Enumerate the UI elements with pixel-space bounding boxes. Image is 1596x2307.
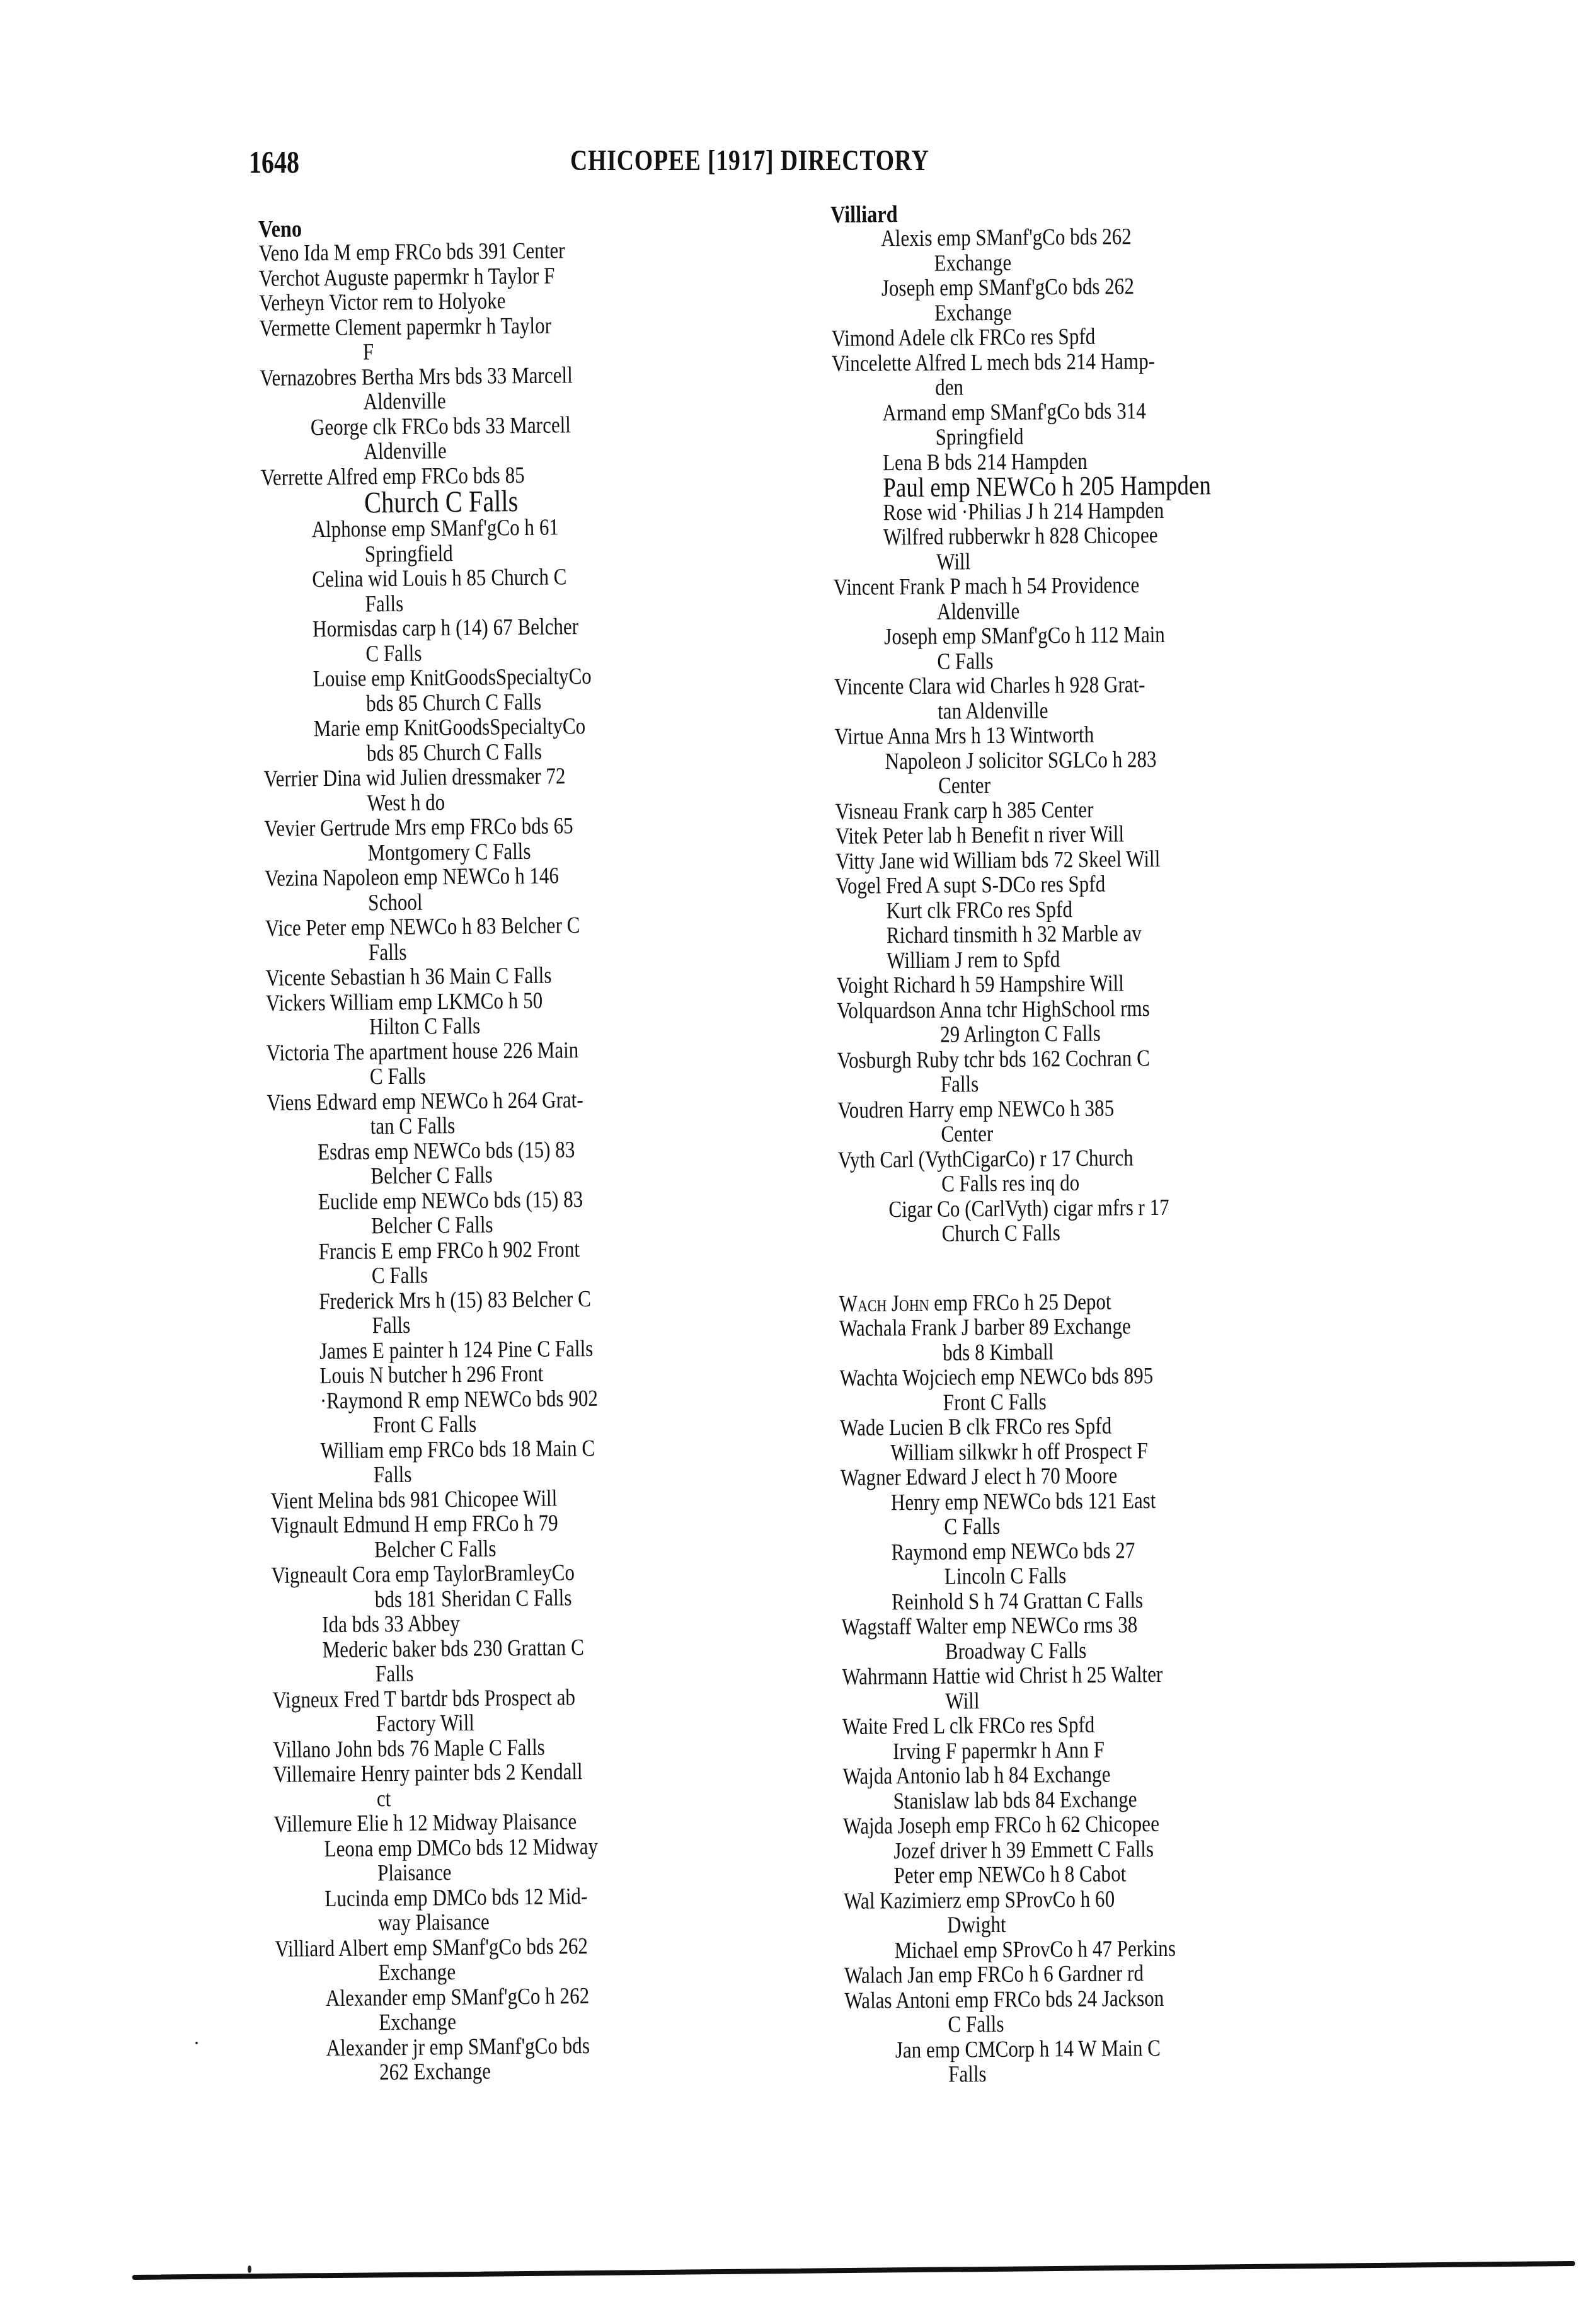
entry-continuation: Broadway C Falls <box>842 1636 1318 1664</box>
directory-entry: Volquardson Anna tchr HighSchool rms <box>837 995 1313 1023</box>
entry-continuation: Springfield <box>832 422 1309 451</box>
entry-continuation: den <box>832 372 1308 401</box>
entry-continuation: Front C Falls <box>840 1388 1316 1416</box>
entry-continuation: Center <box>837 1119 1314 1148</box>
right-column: Villiard Alexis emp SManf'gCo bds 262Exc… <box>830 198 1412 2088</box>
directory-entry: Voight Richard h 59 Hampshire Will <box>837 970 1313 998</box>
entry-continuation: Center <box>835 771 1311 799</box>
directory-sub-entry: Stanislaw lab bds 84 Exchange <box>843 1785 1319 1814</box>
directory-sub-entry: Wilfred rubberwkr h 828 Chicopee <box>833 522 1309 550</box>
directory-sub-entry: Cigar Co (CarlVyth) cigar mfrs r 17 <box>838 1194 1314 1223</box>
entry-continuation: Exchange <box>831 298 1307 326</box>
directory-entry: Wajda Antonio lab h 84 Exchange <box>842 1761 1319 1789</box>
directory-sub-entry: Joseph emp SManf'gCo bds 262 <box>831 273 1307 301</box>
directory-sub-entry: Napoleon J solicitor SGLCo h 283 <box>835 746 1311 774</box>
entry-continuation: Dwight <box>844 1910 1320 1938</box>
entry-name: Wach John <box>839 1290 929 1316</box>
ink-speck <box>248 2265 251 2273</box>
directory-entry: Vyth Carl (VythCigarCo) r 17 Church <box>838 1144 1314 1173</box>
section-gap <box>839 1243 1406 1291</box>
left-column: Veno Veno Ida M emp FRCo bds 391 CenterV… <box>258 212 843 2086</box>
page-number: 1648 <box>249 144 299 180</box>
directory-sub-entry: Alexis emp SManf'gCo bds 262 <box>830 223 1307 251</box>
entry-continuation: Will <box>833 547 1309 575</box>
directory-sub-entry: Reinhold S h 74 Grattan C Falls <box>841 1586 1318 1614</box>
entry-list: Veno Ida M emp FRCo bds 391 CenterVercho… <box>258 236 843 2086</box>
entry-details: emp FRCo h 25 Depot <box>929 1289 1111 1316</box>
entry-continuation: C Falls <box>834 647 1311 675</box>
directory-entry: Walas Antoni emp FRCo bds 24 Jackson <box>844 1984 1321 2013</box>
directory-entry: Vimond Adele clk FRCo res Spfd <box>832 323 1308 351</box>
ink-speck <box>195 2042 198 2044</box>
directory-entry: Wagner Edward J elect h 70 Moore <box>841 1462 1317 1490</box>
directory-sub-entry: Irving F papermkr h Ann F <box>842 1735 1319 1764</box>
directory-entry: Waite Fred L clk FRCo res Spfd <box>842 1711 1319 1739</box>
entry-continuation: Will <box>842 1686 1319 1714</box>
directory-entry: Wajda Joseph emp FRCo h 62 Chicopee <box>843 1810 1319 1839</box>
entry-continuation: Exchange <box>831 248 1307 277</box>
entry-continuation: Aldenville <box>834 597 1310 625</box>
running-title: CHICOPEE [1917] DIRECTORY <box>570 144 929 177</box>
entry-continuation: Church C Falls <box>839 1219 1315 1247</box>
entry-continuation: Church C Falls <box>261 486 737 518</box>
directory-sub-entry: Richard tinsmith h 32 Marble av <box>836 920 1312 948</box>
entry-continuation: 29 Arlington C Falls <box>837 1020 1313 1048</box>
directory-entry: Wachala Frank J barber 89 Exchange <box>839 1313 1316 1341</box>
directory-sub-entry: Raymond emp NEWCo bds 27 <box>841 1536 1318 1565</box>
directory-sub-entry: Armand emp SManf'gCo bds 314 <box>832 398 1308 426</box>
directory-sub-entry: Jan emp CMCorp h 14 W Main C <box>845 2034 1321 2062</box>
directory-entry: Vincente Clara wid Charles h 928 Grat- <box>834 671 1311 699</box>
directory-entry: Walach Jan emp FRCo h 6 Gardner rd <box>844 1960 1321 1988</box>
directory-entry: Wade Lucien B clk FRCo res Spfd <box>840 1412 1316 1441</box>
directory-entry: Wal Kazimierz emp SProvCo h 60 <box>844 1885 1320 1913</box>
directory-entry: Vosburgh Ruby tchr bds 162 Cochran C <box>837 1045 1314 1073</box>
bottom-rule-divider <box>132 2261 1575 2280</box>
directory-entry: Wach John emp FRCo h 25 Depot <box>839 1288 1316 1316</box>
directory-entry: Visneau Frank carp h 385 Center <box>835 796 1311 824</box>
directory-entry: Vincelette Alfred L mech bds 214 Hamp- <box>832 348 1308 376</box>
entry-continuation: Falls <box>837 1069 1314 1098</box>
directory-entry: Virtue Anna Mrs h 13 Wintworth <box>835 721 1311 749</box>
entry-continuation: Falls <box>845 2059 1321 2088</box>
directory-sub-entry: Michael emp SProvCo h 47 Perkins <box>844 1935 1321 1963</box>
directory-entry: Voudren Harry emp NEWCo h 385 <box>837 1095 1314 1123</box>
directory-sub-entry: Paul emp NEWCo h 205 Hampden <box>832 472 1309 500</box>
directory-sub-entry: Kurt clk FRCo res Spfd <box>836 895 1312 924</box>
directory-sub-entry: Jozef driver h 39 Emmett C Falls <box>843 1835 1319 1863</box>
directory-entry: Vitek Peter lab h Benefit n river Will <box>835 820 1312 849</box>
directory-sub-entry: Henry emp NEWCo bds 121 East <box>841 1487 1317 1515</box>
directory-sub-entry: William silkwkr h off Prospect F <box>840 1437 1316 1466</box>
entry-continuation: tan Aldenville <box>834 696 1311 725</box>
entry-continuation: Lincoln C Falls <box>841 1562 1318 1590</box>
directory-entry: Wahrmann Hattie wid Christ h 25 Walter <box>842 1661 1318 1689</box>
entry-continuation: C Falls <box>845 2010 1321 2038</box>
entry-continuation: 262 Exchange <box>276 2057 752 2086</box>
directory-entry: Vincent Frank P mach h 54 Providence <box>834 572 1310 600</box>
entry-continuation: C Falls res inq do <box>838 1169 1314 1197</box>
directory-sub-entry: Joseph emp SManf'gCo h 112 Main <box>834 621 1310 650</box>
entry-continuation: C Falls <box>841 1512 1317 1540</box>
directory-entry: Wagstaff Walter emp NEWCo rms 38 <box>842 1611 1318 1640</box>
directory-sub-entry: Peter emp NEWCo h 8 Cabot <box>844 1860 1320 1889</box>
guide-word: Villiard <box>830 199 1312 227</box>
entry-list: Alexis emp SManf'gCo bds 262ExchangeJose… <box>830 222 1412 2088</box>
directory-entry: Vitty Jane wid William bds 72 Skeel Will <box>835 846 1312 874</box>
entry-continuation: bds 8 Kimball <box>839 1338 1316 1366</box>
directory-entry: Wachta Wojciech emp NEWCo bds 895 <box>839 1362 1316 1391</box>
directory-sub-entry: Rose wid ·Philias J h 214 Hampden <box>833 497 1309 526</box>
directory-sub-entry: William J rem to Spfd <box>836 945 1312 974</box>
directory-entry: Vogel Fred A supt S-DCo res Spfd <box>835 870 1312 899</box>
